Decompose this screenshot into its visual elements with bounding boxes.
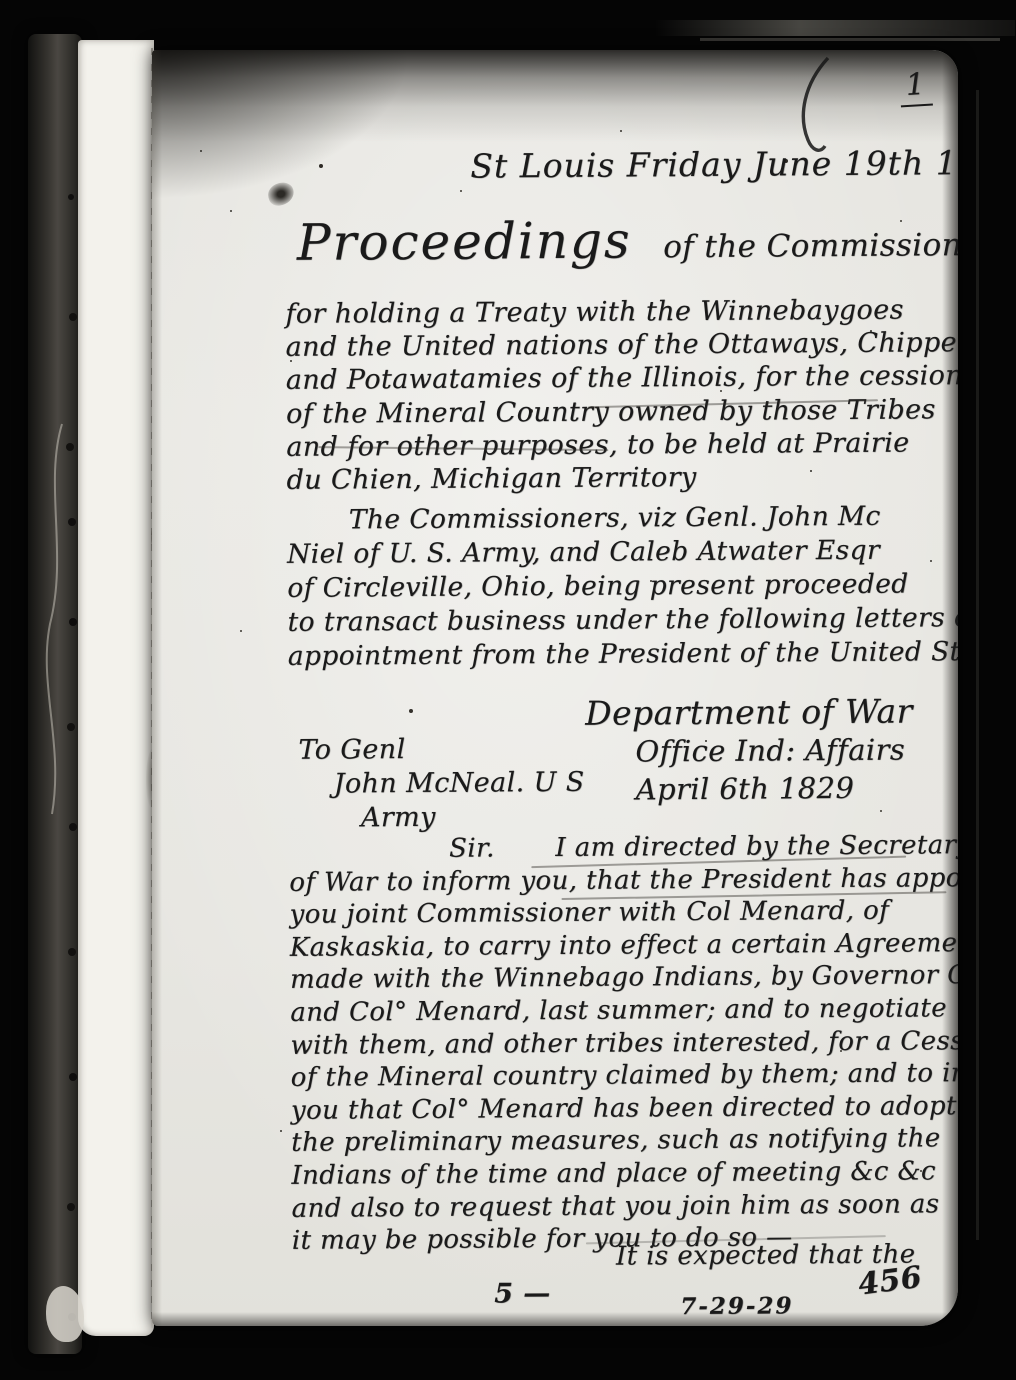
annotation-page-ref: 456 <box>856 1260 924 1303</box>
manuscript-line: appointment from the President of the Un… <box>288 635 958 674</box>
manuscript-line: John McNeal. U S <box>334 766 585 802</box>
manuscript-line: Indians of the time and place of meeting… <box>291 1155 958 1193</box>
heading-block: for holding a Treaty with the Winnebaygo… <box>285 293 958 497</box>
manuscript-line: the preliminary measures, such as notify… <box>291 1122 958 1160</box>
page-edge <box>78 40 154 1336</box>
manuscript-line: made with the Winnebago Indians, by Gove… <box>290 959 958 997</box>
microfilm-frame: 1 St Louis Friday June 19th 1829 Proceed… <box>0 0 1016 1380</box>
manuscript-line: with them, and other tribes interested, … <box>290 1024 958 1062</box>
film-streak <box>655 20 1015 36</box>
book-binding <box>28 34 82 1354</box>
film-edge-line <box>976 90 979 1240</box>
manuscript-line: you that Col° Menard has been directed t… <box>291 1089 958 1127</box>
manuscript-line: Office Ind: Affairs <box>635 731 913 771</box>
letter-office-block: Department of War Office Ind: Affairs Ap… <box>585 693 913 809</box>
manuscript-line: of the Mineral Country owned by those Tr… <box>286 392 958 430</box>
manuscript-line: for holding a Treaty with the Winnebaygo… <box>285 293 958 331</box>
letter-addressee-block: To Genl John McNeal. U S Army <box>298 732 585 836</box>
manuscript-line: The Commissioners, viz Genl. John Mc <box>287 499 958 538</box>
manuscript-line: Department of War <box>585 693 913 733</box>
manuscript-line: you joint Commissioner with Col Menard, … <box>289 894 958 932</box>
handwriting-layer: 1 St Louis Friday June 19th 1829 Proceed… <box>152 50 958 1326</box>
annotation-number: 5 — <box>494 1278 551 1309</box>
manuscript-line: and also to request that you join him as… <box>292 1187 958 1225</box>
intro-paragraph: The Commissioners, viz Genl. John Mc Nie… <box>287 499 958 674</box>
title-word: Proceedings <box>297 211 632 271</box>
manuscript-line: I am directed by the Secretary <box>555 830 958 863</box>
title-rest: of the Commissioners <box>663 227 958 265</box>
manuscript-line: and Potawatamies of the Illinois, for th… <box>286 359 958 397</box>
dateline: St Louis Friday June 19th 1829 <box>470 143 958 186</box>
film-streak <box>700 38 1000 41</box>
page-number: 1 <box>899 67 933 108</box>
manuscript-line: of the Mineral country claimed by them; … <box>291 1057 958 1095</box>
manuscript-line: Army <box>361 800 585 836</box>
manuscript-line: To Genl <box>298 732 584 768</box>
manuscript-line: and for other purposes, to be held at Pr… <box>286 426 958 464</box>
title-line: Proceedings of the Commissioners <box>297 209 958 272</box>
manuscript-line: of Circleville, Ohio, being present proc… <box>287 567 958 606</box>
manuscript-line: Niel of U. S. Army, and Caleb Atwater Es… <box>287 533 958 572</box>
manuscript-line: to transact business under the following… <box>287 601 958 640</box>
manuscript-page: 1 St Louis Friday June 19th 1829 Proceed… <box>152 50 958 1326</box>
manuscript-line: Sir. I am directed by the Secretary <box>289 829 958 867</box>
manuscript-line: and the United nations of the Ottaways, … <box>286 326 958 364</box>
manuscript-line: April 6th 1829 <box>636 769 914 809</box>
annotation-date-code: 7-29-29 <box>680 1292 793 1320</box>
binding-thread <box>28 34 82 1354</box>
manuscript-line: du Chien, Michigan Territory <box>286 459 958 497</box>
manuscript-line: Kaskaskia, to carry into effect a certai… <box>290 926 958 964</box>
manuscript-line: and Col° Menard, last summer; and to neg… <box>290 992 958 1030</box>
salutation: Sir. <box>449 833 495 863</box>
